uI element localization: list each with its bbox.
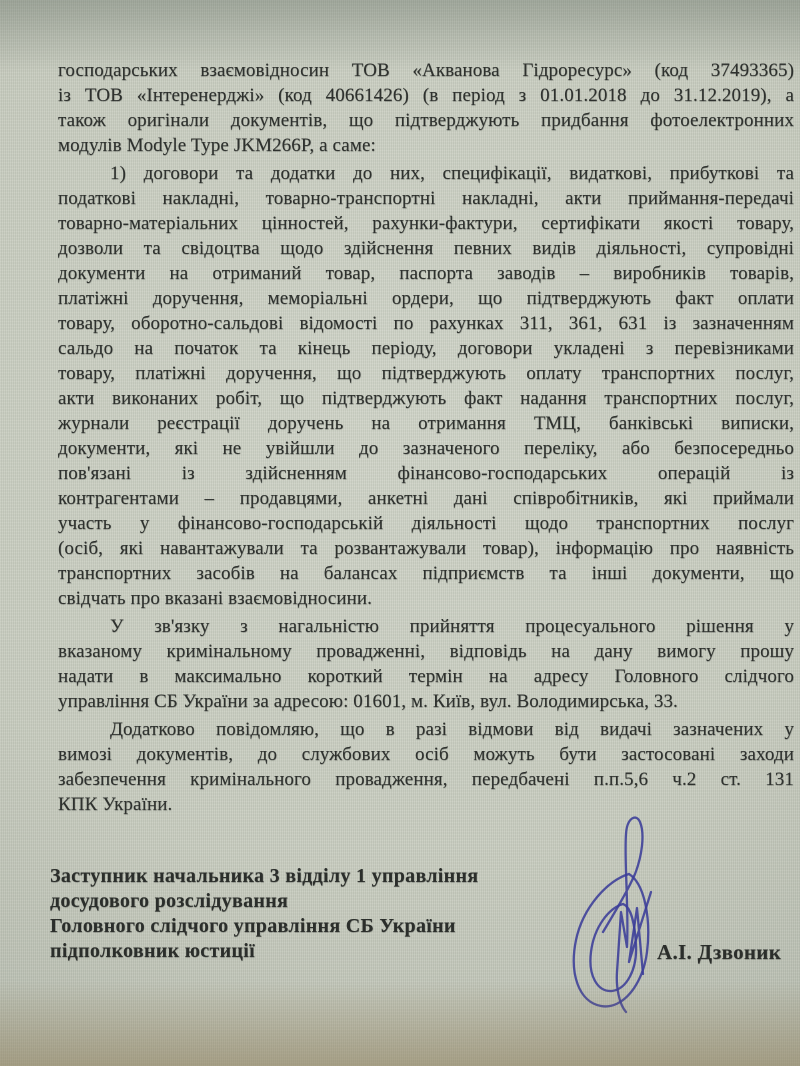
document-line: вимозі документів, до службових осіб мож… (58, 742, 794, 767)
document-line: журнали реєстрації доручень на отримання… (58, 411, 794, 436)
paragraph: У зв'язку з нагальністю прийняття процес… (58, 614, 794, 714)
paragraph: Додатково повідомляю, що в разі відмови … (58, 717, 794, 817)
signature-strokes (574, 818, 651, 1012)
document-line: податкові накладні, товарно-транспортні … (58, 186, 794, 211)
document-line: акти виконаних робіт, що підтверджують ф… (58, 386, 794, 411)
document-line: Додатково повідомляю, що в разі відмови … (58, 717, 794, 742)
signer-position-line: Заступник начальника 3 відділу 1 управлі… (50, 864, 570, 889)
signer-name: А.І. Дзвоник (657, 940, 781, 965)
document-line: пов'язані із здійсненням фінансово-госпо… (58, 461, 794, 486)
document-line: вказаному кримінальному провадженні, від… (58, 639, 794, 664)
signer-position-line: досудового розслідування (50, 889, 570, 914)
document-line: 1) договори та додатки до них, специфіка… (58, 161, 794, 186)
document-line: модулів Modyle Type JKM266P, а саме: (58, 133, 794, 158)
document-line: сальдо на початок та кінець періоду, дог… (58, 336, 794, 361)
document-line: контрагентами – продавцями, анкетні дані… (58, 486, 794, 511)
handwritten-signature-ink (563, 812, 695, 1014)
paragraph: господарських взаємовідносин ТОВ «Аквано… (58, 58, 794, 158)
document-body: господарських взаємовідносин ТОВ «Аквано… (0, 0, 800, 820)
document-line: також оригінали документів, що підтвердж… (58, 108, 794, 133)
document-line: транспортних засобів на балансах підприє… (58, 561, 794, 586)
document-line: свідчать про вказані взаємовідносини. (58, 586, 794, 611)
document-line: документи, які не увійшли до зазначеного… (58, 436, 794, 461)
document-line: товару, платіжні доручення, що підтвердж… (58, 361, 794, 386)
signer-position-line: підполковник юстиції (50, 939, 570, 964)
document-line: товару, оборотно-сальдові відомості по р… (58, 311, 794, 336)
signer-position-line: Головного слідчого управління СБ України (50, 914, 570, 939)
document-line: забезпечення кримінального провадження, … (58, 767, 794, 792)
document-line: участь у фінансово-господарській діяльно… (58, 511, 794, 536)
document-line: дозволи та свідоцтва щодо здійснення пев… (58, 236, 794, 261)
document-line: товарно-матеріальних цінностей, рахунки-… (58, 211, 794, 236)
document-line: господарських взаємовідносин ТОВ «Аквано… (58, 58, 794, 83)
paragraph: 1) договори та додатки до них, специфіка… (58, 161, 794, 611)
document-line: (осіб, які навантажували та розвантажува… (58, 536, 794, 561)
document-line: надати в максимально короткий термін на … (58, 664, 794, 689)
document-line: із ТОВ «Інтеренерджі» (код 40661426) (в … (58, 83, 794, 108)
signature-title-block: Заступник начальника 3 відділу 1 управлі… (50, 864, 570, 964)
document-line: платіжні доручення, меморіальні ордери, … (58, 286, 794, 311)
document-line: документи на отриманий товар, паспорта з… (58, 261, 794, 286)
document-line: управління СБ України за адресою: 01601,… (58, 689, 794, 714)
document-line: У зв'язку з нагальністю прийняття процес… (58, 614, 794, 639)
scanned-document-photo: господарських взаємовідносин ТОВ «Аквано… (0, 0, 800, 1066)
